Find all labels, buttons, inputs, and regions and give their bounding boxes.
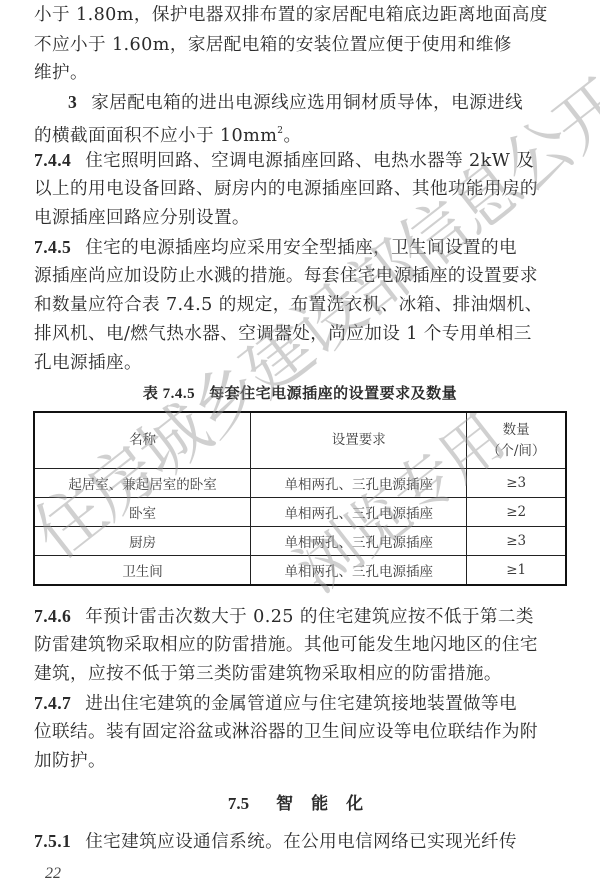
text-line: 源插座尚应加设防止水溅的措施。每套住宅电源插座的设置要求 [34,265,568,287]
cell-requirement: 单相两孔、三孔电源插座 [251,498,467,527]
header-name: 名称 [34,412,251,469]
text-line: 加防护。 [34,750,568,772]
clause-7-4-6: 7.4.6年预计雷击次数大于 0.25 的住宅建筑应按不低于第二类 [34,605,568,628]
table-row: 厨房 单相两孔、三孔电源插座 ≥3 [34,527,566,556]
text-line: 的横截面面积不应小于 10mm2。 [34,120,568,147]
text-line: 电源插座回路应分别设置。 [34,207,568,229]
text-line: 维护。 [34,62,568,84]
page-number: 22 [45,865,61,883]
text-segment: 。 [283,126,301,146]
cell-requirement: 单相两孔、三孔电源插座 [251,469,467,498]
text-line: 年预计雷击次数大于 0.25 的住宅建筑应按不低于第二类 [85,607,534,627]
text-line: 孔电源插座。 [34,352,568,374]
text-line: 和数量应符合表 7.4.5 的规定，布置洗衣机、冰箱、排油烟机、 [34,294,568,316]
clause-number: 7.5.1 [34,831,71,851]
table-row: 卧室 单相两孔、三孔电源插座 ≥2 [34,498,566,527]
text-line: 不应小于 1.60m，家居配电箱的安装位置应便于使用和维修 [34,34,568,56]
section-title-char: 化 [346,794,363,814]
clause-number: 7.4.7 [34,693,71,713]
table-row: 起居室、兼起居室的卧室 单相两孔、三孔电源插座 ≥3 [34,469,566,498]
clause-7-4-7: 7.4.7进出住宅建筑的金属管道应与住宅建筑接地装置做等电 [34,692,568,715]
text-line: 建筑，应按不低于第三类防雷建筑物采取相应的防雷措施。 [34,663,568,685]
clause-7-5-1: 7.5.1住宅建筑应设通信系统。在公用电信网络已实现光纤传 [34,830,568,853]
cell-name: 卧室 [34,498,251,527]
text-line: 小于 1.80m，保护电器双排布置的家居配电箱底边距离地面高度 [34,4,568,26]
cell-quantity: ≥3 [467,527,566,556]
section-number: 7.5 [228,794,249,813]
cell-requirement: 单相两孔、三孔电源插座 [251,527,467,556]
header-quantity-unit: （个/间） [467,441,565,462]
clause-7-4-5: 7.4.5住宅的电源插座均应采用安全型插座，卫生间设置的电 [34,236,568,259]
section-title-char: 智 [276,794,293,814]
text-line: 住宅照明回路、空调电源插座回路、电热水器等 2kW 及 [85,151,534,171]
table-caption: 表 7.4.5每套住宅电源插座的设置要求及数量 [0,382,600,403]
cell-quantity: ≥1 [467,556,566,586]
item-number: 3 [68,92,77,112]
text-line: 防雷建筑物采取相应的防雷措施。其他可能发生地闪地区的住宅 [34,634,568,656]
section-title-char: 能 [311,794,328,814]
table-title: 每套住宅电源插座的设置要求及数量 [209,384,457,402]
clause-7-4-4: 7.4.4住宅照明回路、空调电源插座回路、电热水器等 2kW 及 [34,149,568,172]
header-quantity: 数量 （个/间） [467,412,566,469]
clause-number: 7.4.5 [34,237,71,257]
cell-quantity: ≥3 [467,469,566,498]
clause-number: 7.4.6 [34,606,71,626]
cell-name: 厨房 [34,527,251,556]
header-quantity-label: 数量 [467,420,565,441]
header-requirement: 设置要求 [251,412,467,469]
text-line: 位联结。装有固定浴盆或淋浴器的卫生间应设等电位联结作为附 [34,721,568,743]
text-line: 住宅建筑应设通信系统。在公用电信网络已实现光纤传 [85,832,517,852]
cell-requirement: 单相两孔、三孔电源插座 [251,556,467,586]
cell-name: 卫生间 [34,556,251,586]
text-line: 家居配电箱的进出电源线应选用铜材质导体，电源进线 [91,93,523,113]
text-segment: 的横截面面积不应小于 10mm [34,126,277,146]
text-line: 以上的用电设备回路、厨房内的电源插座回路、其他功能用房的 [34,178,568,200]
cell-quantity: ≥2 [467,498,566,527]
text-line: 住宅的电源插座均应采用安全型插座，卫生间设置的电 [85,238,517,258]
table-number: 表 7.4.5 [143,386,195,402]
table-row: 卫生间 单相两孔、三孔电源插座 ≥1 [34,556,566,586]
clause-number: 7.4.4 [34,150,71,170]
text-line: 进出住宅建筑的金属管道应与住宅建筑接地装置做等电 [85,694,517,714]
list-item-3: 3家居配电箱的进出电源线应选用铜材质导体，电源进线 [68,91,568,114]
cell-name: 起居室、兼起居室的卧室 [34,469,251,498]
section-heading: 7.5智能化 [0,789,600,814]
socket-requirements-table: 名称 设置要求 数量 （个/间） 起居室、兼起居室的卧室 单相两孔、三孔电源插座… [33,411,567,586]
text-line: 排风机、电/燃气热水器、空调器处，尚应加设 1 个专用单相三 [34,323,568,345]
table-header-row: 名称 设置要求 数量 （个/间） [34,412,566,469]
